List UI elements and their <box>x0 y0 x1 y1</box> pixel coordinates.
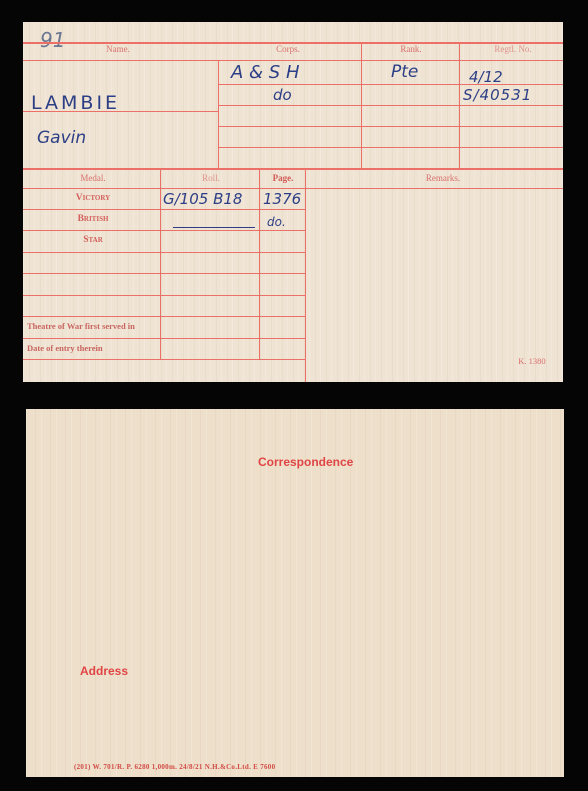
rule <box>23 252 305 253</box>
rule <box>23 188 563 189</box>
rule <box>305 170 306 382</box>
roll-header: Roll. <box>163 173 259 183</box>
theatre-label: Theatre of War first served in <box>27 321 162 331</box>
address-label: Address <box>80 664 128 678</box>
form-code: K. 1380 <box>507 356 557 366</box>
rule <box>23 295 305 296</box>
annotation-number: 91 <box>40 28 65 52</box>
printer-footer: (201) W. 701/R. P. 6280 1,000m. 24/8/21 … <box>74 763 275 771</box>
rule <box>23 359 305 360</box>
rule <box>218 126 563 127</box>
medal-card-back: Correspondence Address (201) W. 701/R. P… <box>26 409 564 777</box>
rule <box>23 273 305 274</box>
rule <box>23 338 305 339</box>
rank-value: Pte <box>391 62 418 82</box>
medal-british: British <box>43 214 143 224</box>
rule <box>23 316 305 317</box>
date-entry-label: Date of entry therein <box>27 343 162 353</box>
medal-header: Medal. <box>43 173 143 183</box>
regt-no-2: S/40531 <box>463 86 532 104</box>
rule <box>361 42 362 168</box>
rank-header: Rank. <box>363 44 459 54</box>
roll-victory: G/105 B18 <box>163 190 242 208</box>
rule <box>459 42 460 168</box>
rule <box>218 84 563 85</box>
page-header: Page. <box>261 173 305 183</box>
medal-card-front: 91 Name. Corps. Rank. Regtl. No. LAMBIE … <box>23 22 563 382</box>
rule <box>23 168 563 170</box>
rule <box>23 230 305 231</box>
rule <box>259 170 260 360</box>
regt-no-1: 4/12 <box>469 68 503 86</box>
corps-value: A & S H <box>231 62 299 83</box>
name-header: Name. <box>63 44 173 54</box>
rule <box>23 209 305 210</box>
rule <box>160 170 161 360</box>
page-british: do. <box>267 215 286 229</box>
rule <box>218 147 563 148</box>
medal-star: Star <box>43 235 143 245</box>
surname: LAMBIE <box>31 92 120 114</box>
rule <box>218 60 219 168</box>
medal-victory: Victory <box>43 193 143 203</box>
rule <box>23 60 563 61</box>
corps-ditto: do <box>273 86 292 104</box>
correspondence-label: Correspondence <box>258 455 353 469</box>
remarks-header: Remarks. <box>323 173 563 183</box>
roll-ditto-line <box>173 227 255 228</box>
page-victory: 1376 <box>263 190 301 208</box>
regt-no-header: Regtl. No. <box>463 44 563 54</box>
rule <box>218 105 563 106</box>
corps-header: Corps. <box>233 44 343 54</box>
forename: Gavin <box>37 128 86 148</box>
